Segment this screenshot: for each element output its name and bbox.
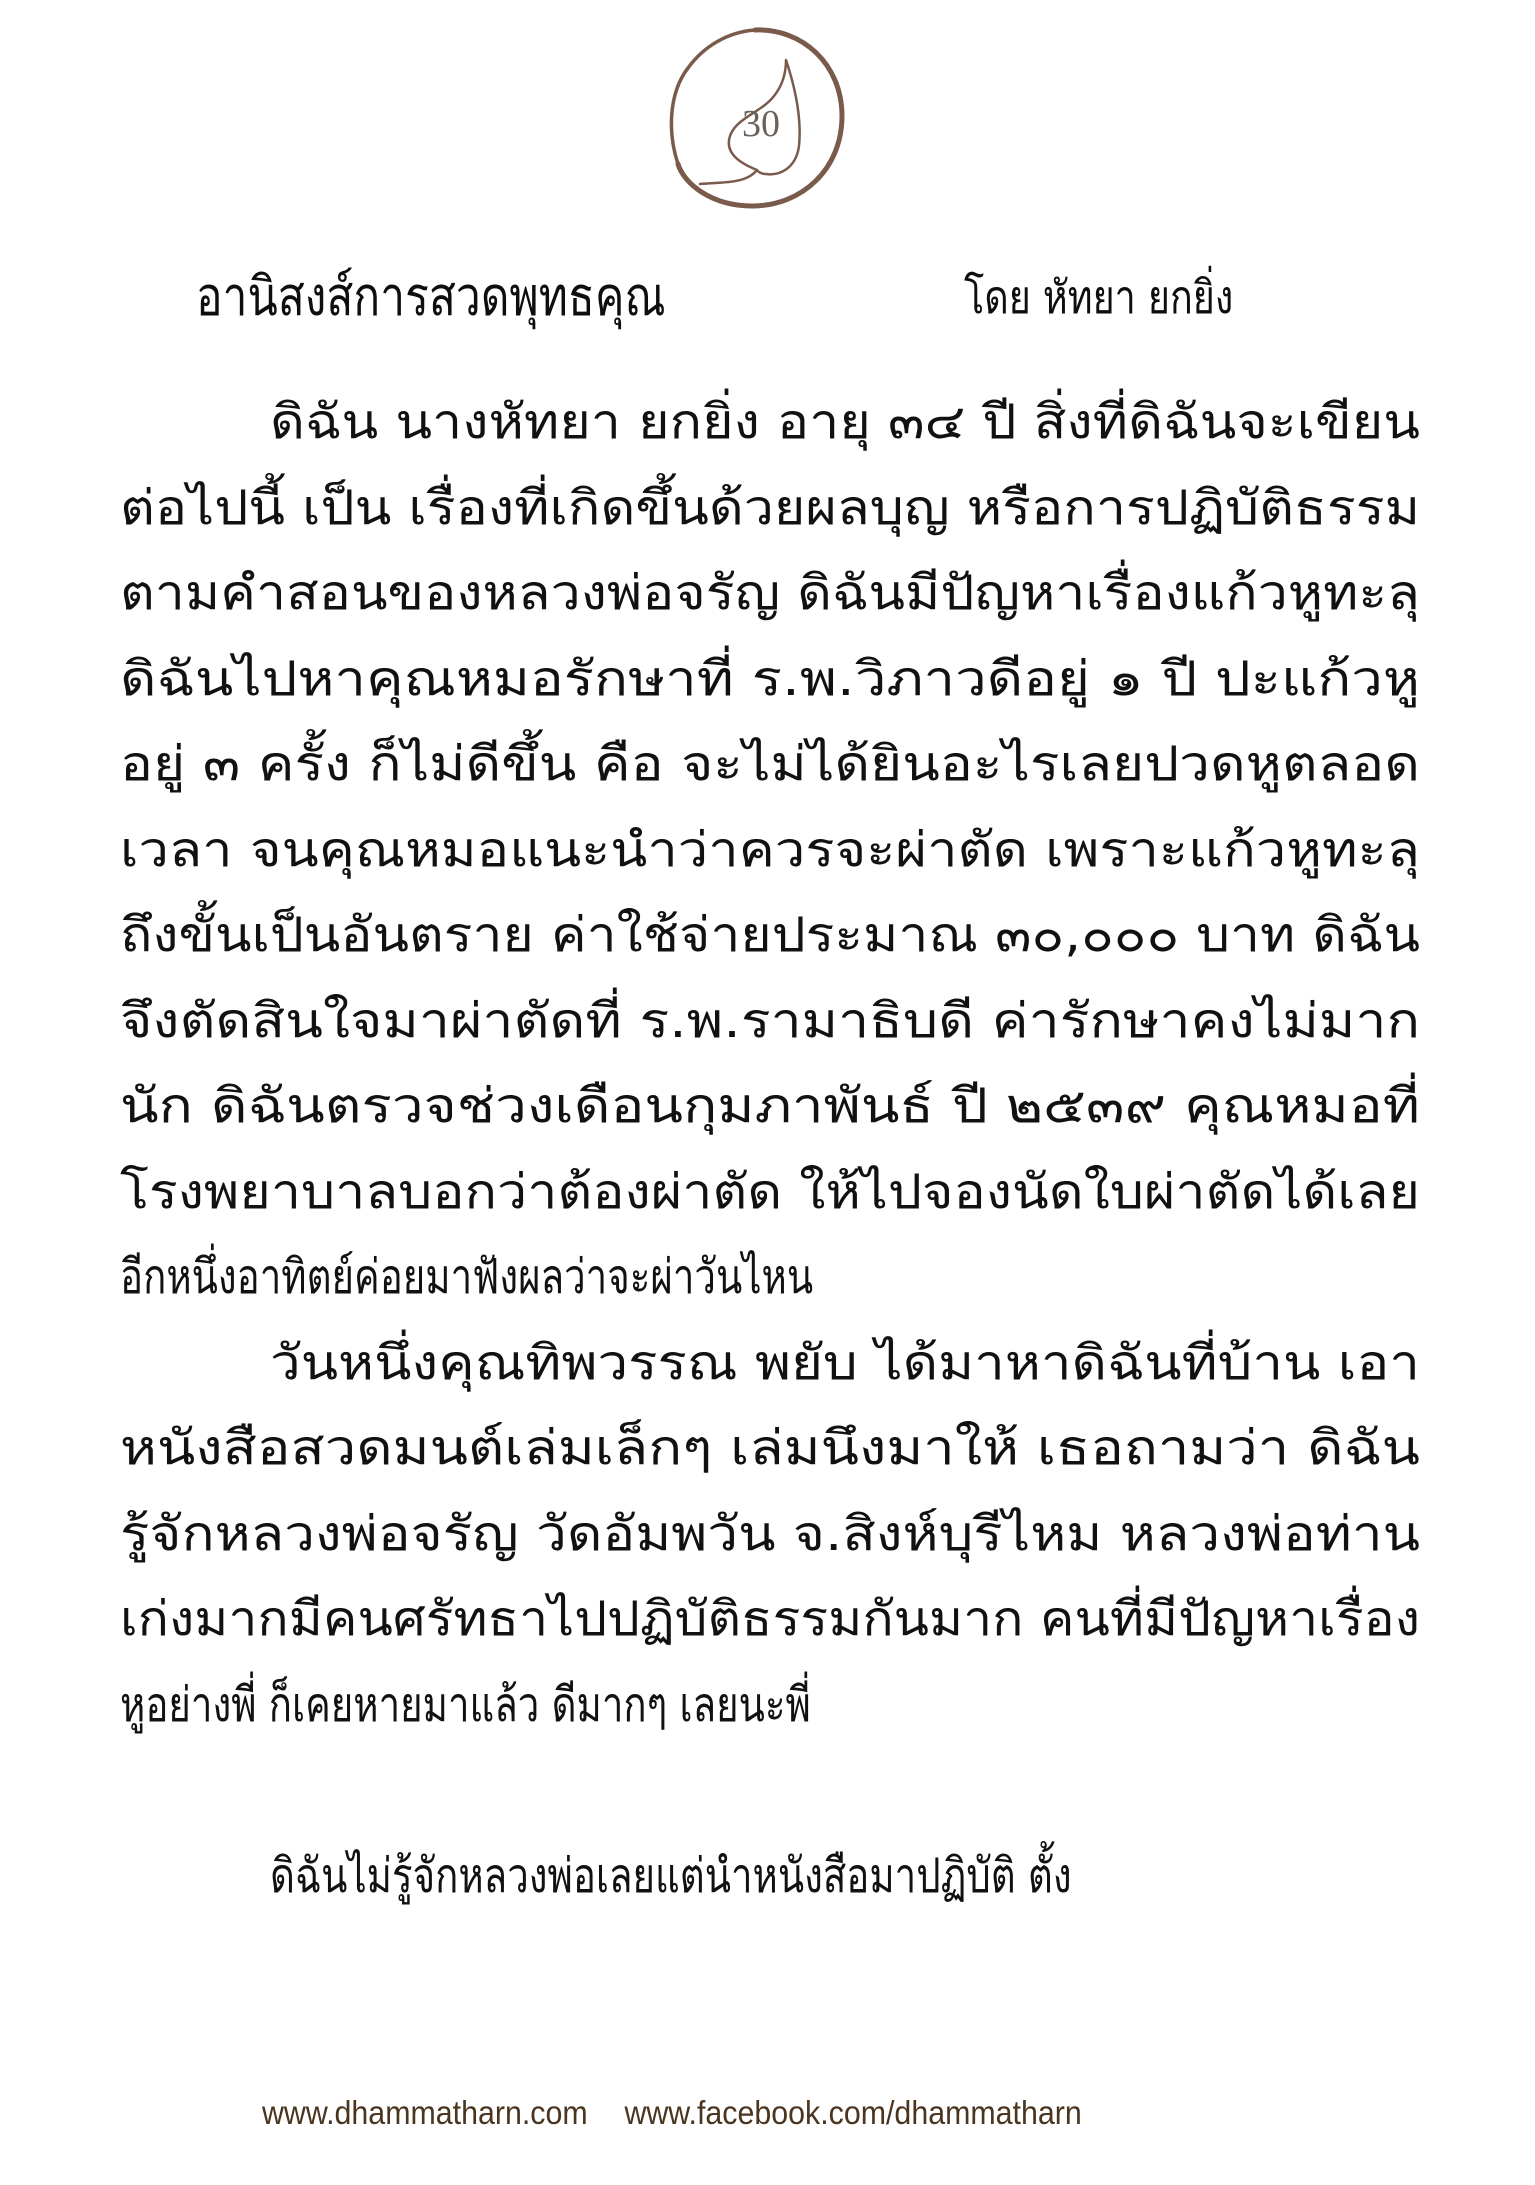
article-header: อานิสงส์การสวดพุทธคุณ โดย หัทยา ยกยิ่ง: [0, 252, 1535, 342]
body-line: เก่งมากมีคนศรัทธาไปปฏิบัติธรรมกันมาก คนท…: [120, 1577, 1420, 1663]
article-author: โดย หัทยา ยกยิ่ง: [964, 252, 1233, 342]
body-line: โรงพยาบาลบอกว่าต้องผ่าตัด ให้ไปจองนัดใบผ…: [120, 1150, 1420, 1236]
body-line: เวลา จนคุณหมอแนะนำว่าควรจะผ่าตัด เพราะแก…: [120, 808, 1420, 894]
body-line: ถึงขั้นเป็นอันตราย ค่าใช้จ่ายประมาณ ๓๐,๐…: [120, 893, 1420, 979]
body-line: นัก ดิฉันตรวจช่วงเดือนกุมภาพันธ์ ปี ๒๕๓๙…: [120, 1064, 1420, 1150]
body-line: อยู่ ๓ ครั้ง ก็ไม่ดีขึ้น คือ จะไม่ได้ยิน…: [120, 722, 1420, 808]
body-line: จึงตัดสินใจมาผ่าตัดที่ ร.พ.รามาธิบดี ค่า…: [120, 979, 1420, 1065]
facebook-link[interactable]: www.facebook.com/dhammatharn: [624, 2094, 1081, 2132]
body-line: รู้จักหลวงพ่อจรัญ วัดอัมพวัน จ.สิงห์บุรี…: [120, 1492, 1420, 1578]
body-line: วันหนึ่งคุณทิพวรรณ พยับ ได้มาหาดิฉันที่บ…: [120, 1321, 1420, 1407]
website-link[interactable]: www.dhammatharn.com: [262, 2094, 588, 2132]
body-line: ต่อไปนี้ เป็น เรื่องที่เกิดขึ้นด้วยผลบุญ…: [120, 466, 1420, 552]
body-line: ตามคำสอนของหลวงพ่อจรัญ ดิฉันมีปัญหาเรื่อ…: [120, 551, 1420, 637]
article-body: ดิฉัน นางหัทยา ยกยิ่ง อายุ ๓๔ ปี สิ่งที่…: [120, 380, 1420, 1919]
body-line: ดิฉันไม่รู้จักหลวงพ่อเลยแต่นำหนังสือมาปฏ…: [120, 1834, 1420, 1920]
body-line: ดิฉัน นางหัทยา ยกยิ่ง อายุ ๓๔ ปี สิ่งที่…: [120, 380, 1420, 466]
body-line: หูอย่างพี่ ก็เคยหายมาแล้ว ดีมากๆ เลยนะพี…: [120, 1663, 1420, 1749]
paragraph-gap: [120, 1748, 1420, 1834]
body-line: อีกหนึ่งอาทิตย์ค่อยมาฟังผลว่าจะผ่าวันไหน: [120, 1235, 1420, 1321]
footer-links: www.dhammatharn.comwww.facebook.com/dham…: [262, 2094, 1082, 2132]
body-line: ดิฉันไปหาคุณหมอรักษาที่ ร.พ.วิภาวดีอยู่ …: [120, 637, 1420, 723]
page-number: 30: [662, 102, 848, 146]
article-title: อานิสงส์การสวดพุทธคุณ: [196, 252, 666, 342]
body-line: หนังสือสวดมนต์เล่มเล็กๆ เล่มนึงมาให้ เธอ…: [120, 1406, 1420, 1492]
page-number-logo: 30: [662, 24, 848, 212]
